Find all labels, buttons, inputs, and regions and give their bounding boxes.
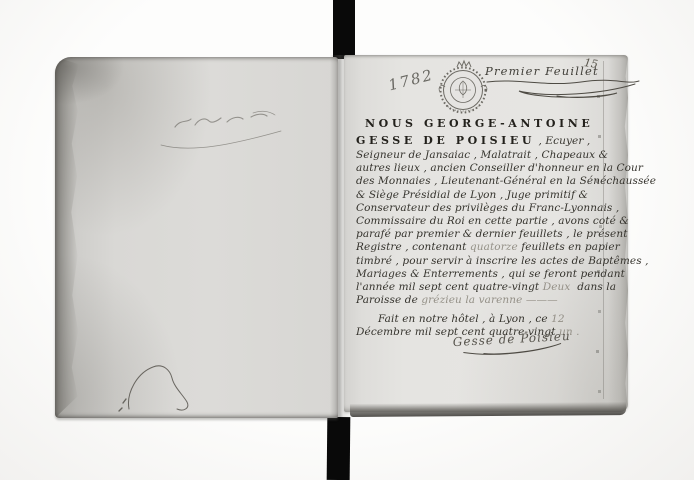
manuscript-line: timbré , pour servir à inscrire les acte… bbox=[356, 255, 620, 268]
manuscript-line: Gesse de Poisieu , Ecuyer , bbox=[356, 132, 620, 149]
manuscript-line: Conservateur des privilèges du Franc-Lyo… bbox=[356, 202, 620, 215]
manuscript-line: Fait en notre hôtel , à Lyon , ce 12 bbox=[378, 313, 620, 326]
manuscript-scan: 1782 Premier Feuillet 15 bbox=[0, 0, 694, 480]
clamp-bar-bottom bbox=[327, 417, 351, 480]
premier-feuillet-header: Premier Feuillet bbox=[485, 64, 645, 106]
manuscript-line: Commissaire du Roi en cette partie , avo… bbox=[356, 215, 620, 228]
premier-feuillet-label: Premier Feuillet bbox=[485, 64, 645, 78]
right-page: 1782 Premier Feuillet 15 bbox=[344, 55, 628, 412]
manuscript-text: Nous George-AntoineGesse de Poisieu , Ec… bbox=[356, 115, 620, 340]
manuscript-line: Seigneur de Jansaiac , Malatrait , Chape… bbox=[356, 149, 620, 162]
manuscript-line: autres lieux , ancien Conseiller d'honne… bbox=[356, 162, 620, 175]
folio-number: 15 bbox=[583, 56, 599, 71]
header-flourish bbox=[485, 78, 643, 102]
pen-doodle bbox=[107, 353, 217, 433]
manuscript-line: Registre , contenant quatorze feuillets … bbox=[356, 241, 620, 254]
manuscript-line: & Siège Présidial de Lyon , Juge primiti… bbox=[356, 189, 620, 202]
page-stack-shadow bbox=[350, 402, 626, 417]
manuscript-line: l'année mil sept cent quatre-vingt Deux … bbox=[356, 281, 620, 294]
manuscript-line: des Monnaies , Lieutenant-Général en la … bbox=[356, 175, 620, 188]
faint-ink-offset-mark bbox=[113, 93, 303, 173]
clamp-bar-top bbox=[333, 0, 355, 59]
revenue-stamp-icon bbox=[436, 59, 490, 115]
manuscript-line: Paroisse de grézieu la varenne ——— bbox=[356, 294, 620, 307]
deckle-edge bbox=[55, 57, 79, 418]
year-annotation: 1782 bbox=[387, 66, 436, 95]
manuscript-line: Mariages & Enterrements , qui se feront … bbox=[356, 268, 620, 281]
manuscript-line: Nous George-Antoine bbox=[365, 115, 620, 132]
manuscript-line: parafé par premier & dernier feuillets ,… bbox=[356, 228, 620, 241]
left-page bbox=[55, 57, 338, 418]
